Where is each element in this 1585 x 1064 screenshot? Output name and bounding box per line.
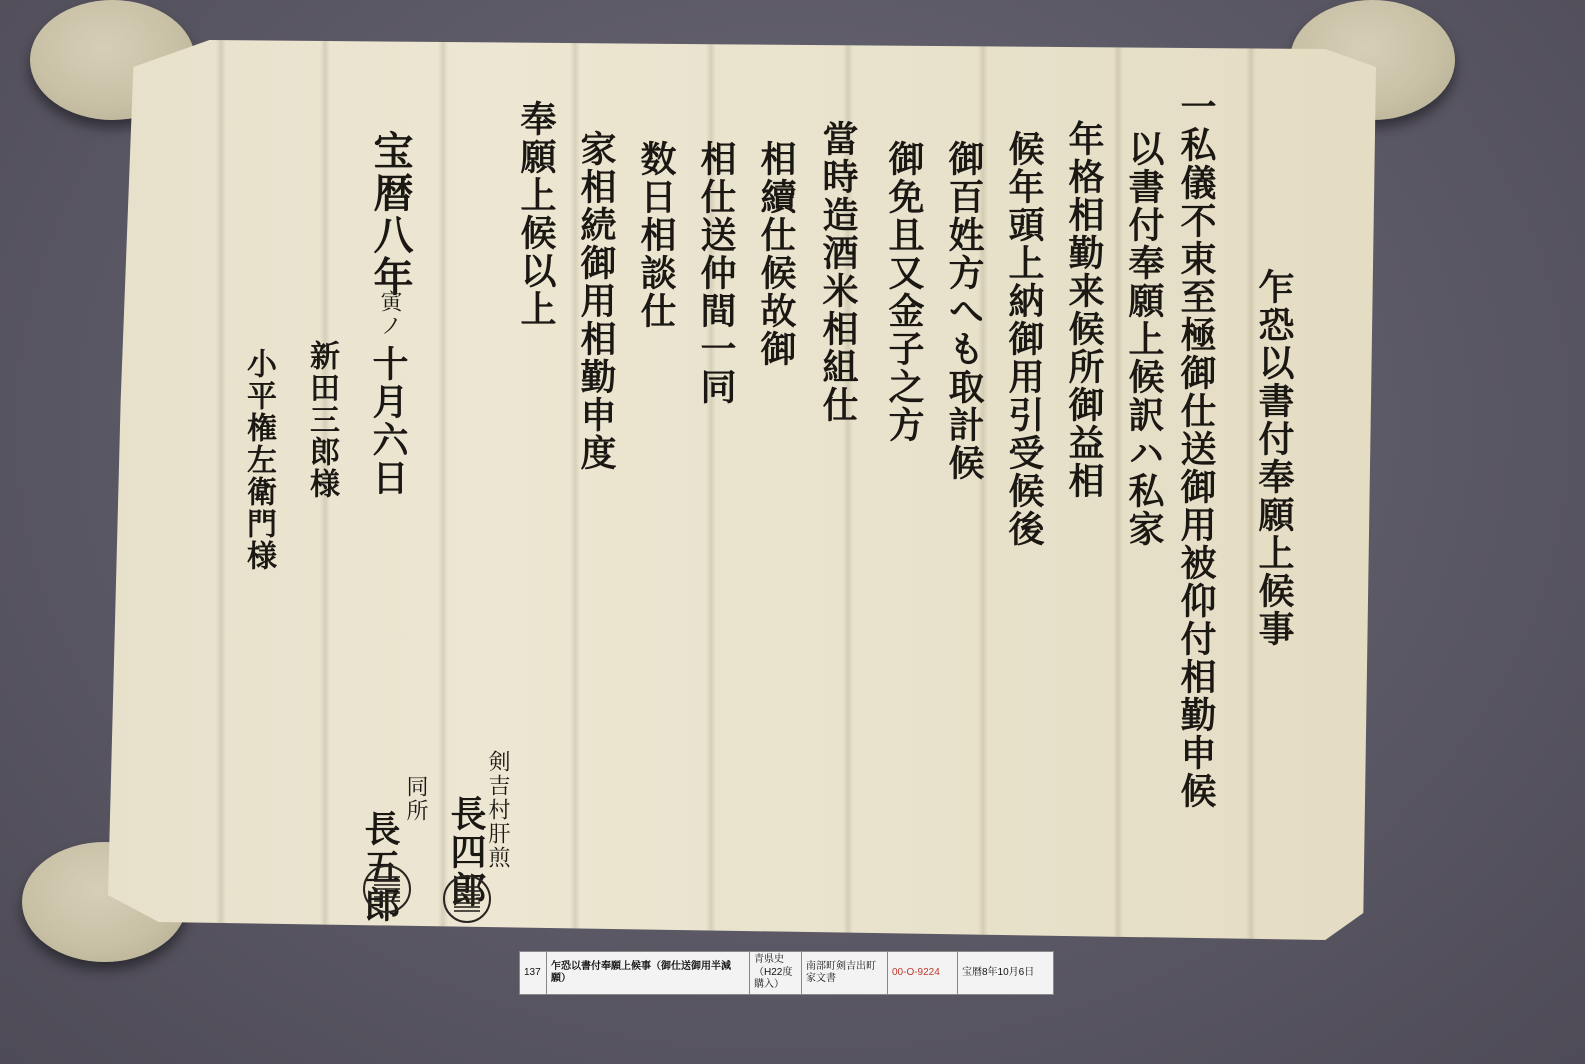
seal-stamp (363, 865, 411, 913)
seal-stamp (443, 875, 491, 923)
document-title: 乍恐以書付奉願上候事 (1256, 268, 1292, 648)
addressee: 小平権左衛門様 (243, 348, 273, 572)
text-column: 数日相談仕 (638, 140, 674, 330)
text-column: 年格相勤来候所御益相 (1066, 120, 1102, 500)
text-column: 家相続御用相勤申度 (578, 130, 614, 472)
text-column: 御百姓方へも取計候 (946, 140, 982, 482)
text-column: 相續仕候故御 (758, 140, 794, 368)
text-column: 奉願上候以上 (518, 100, 554, 328)
label-source: 青県史（H22度購入） (750, 952, 802, 994)
label-title: 乍恐以書付奉願上候事（御仕送御用半減願） (547, 952, 750, 994)
label-collection: 南部町剣吉出町家文書 (802, 952, 888, 994)
text-column: 相仕送仲間一同 (698, 140, 734, 406)
label-id-code: 00-O-9224 (888, 952, 958, 994)
text-column: 候年頭上納御用引受候後 (1006, 130, 1042, 548)
catalog-label: 137 乍恐以書付奉願上候事（御仕送御用半減願） 青県史（H22度購入） 南部町… (519, 951, 1054, 995)
text-column: 以書付奉願上候訳ハ私家 (1126, 130, 1162, 548)
date-month-day: 十月六日 (370, 345, 406, 497)
signer-role: 剣吉村肝煎 (486, 750, 508, 870)
label-number: 137 (520, 952, 547, 994)
signer-role: 同所 (404, 775, 426, 823)
label-date: 宝暦8年10月6日 (958, 952, 1053, 994)
date-zodiac: 寅ノ (378, 290, 400, 338)
date-era-year: 宝暦八年 (370, 130, 410, 298)
text-column: 當時造酒米相組仕 (820, 120, 856, 424)
text-column: 御免且又金子之方 (886, 140, 922, 444)
addressee: 新田三郎様 (306, 340, 336, 500)
text-column: 一私儀不束至極御仕送御用被仰付相勤申候 (1178, 88, 1214, 810)
historical-document: 乍恐以書付奉願上候事 一私儀不束至極御仕送御用被仰付相勤申候 以書付奉願上候訳ハ… (108, 40, 1376, 940)
